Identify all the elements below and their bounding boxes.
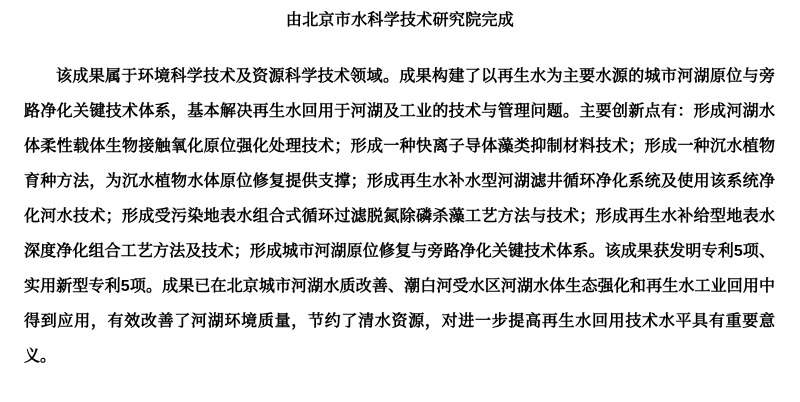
- document-paragraph: 该成果属于环境科学技术及资源科学技术领域。成果构建了以再生水为主要水源的城市河湖…: [24, 59, 775, 374]
- document-title: 由北京市水科学技术研究院完成: [0, 11, 800, 31]
- document-page: 由北京市水科学技术研究院完成 该成果属于环境科学技术及资源科学技术领域。成果构建…: [0, 0, 800, 402]
